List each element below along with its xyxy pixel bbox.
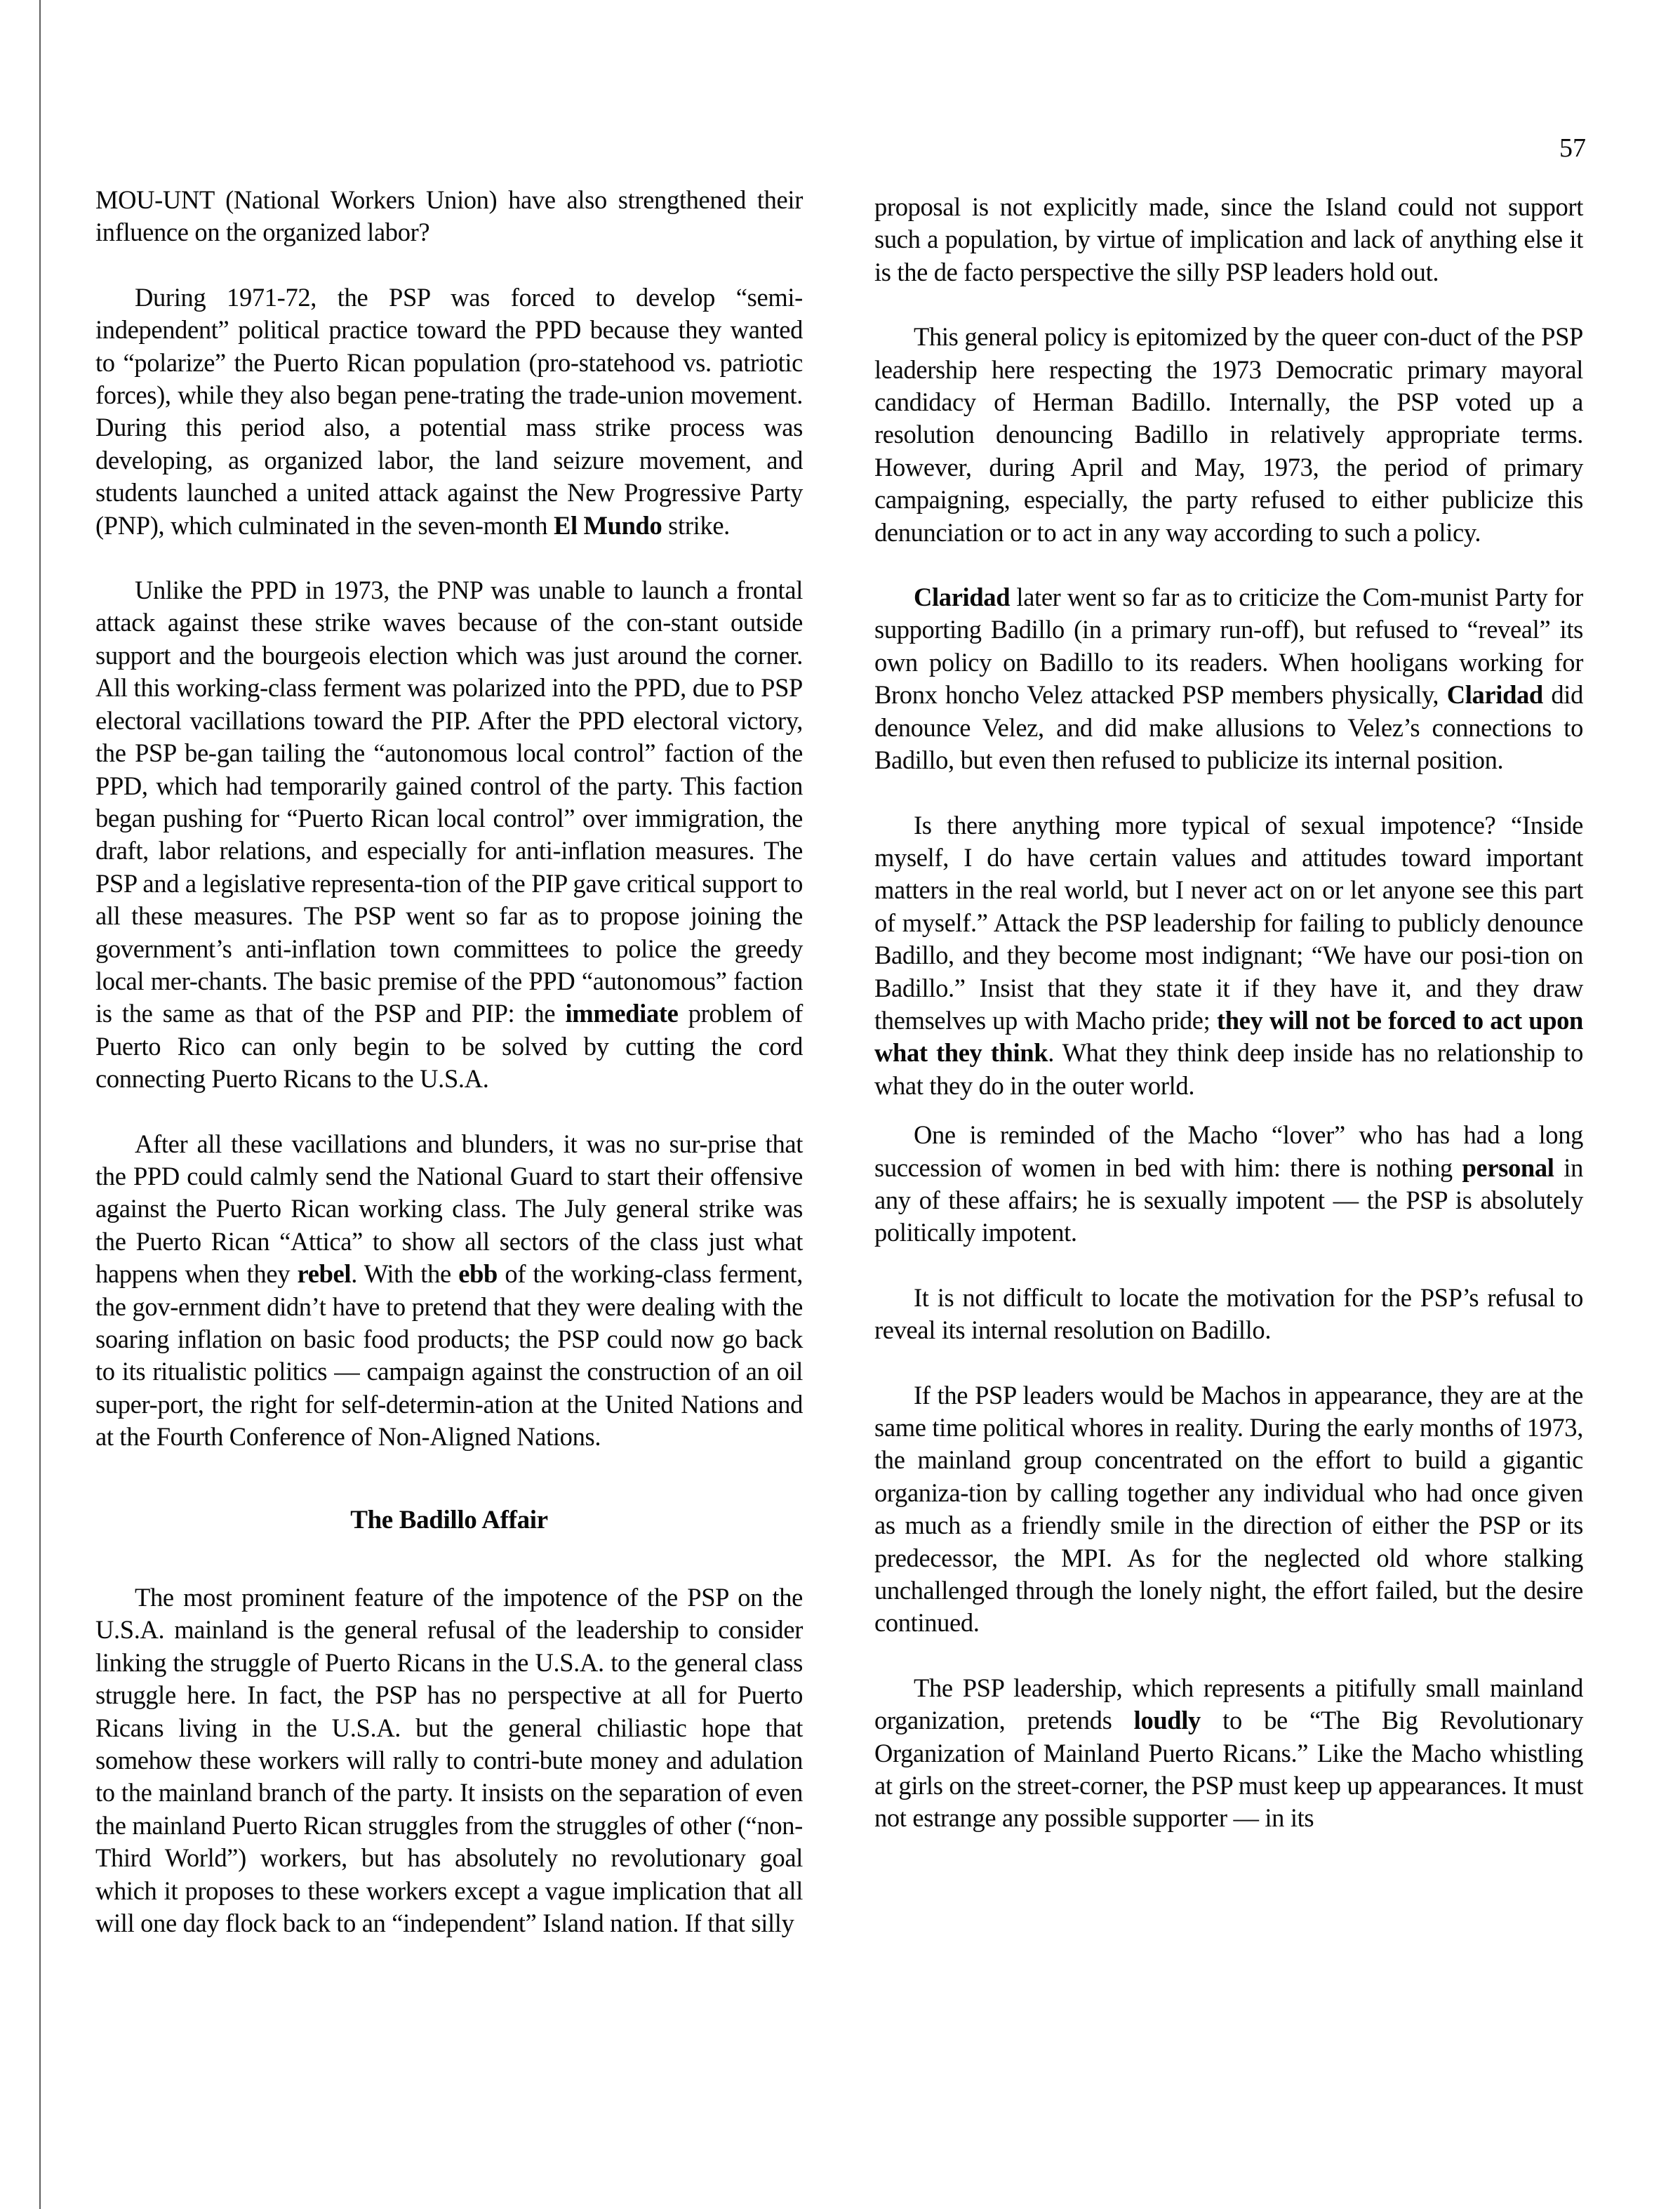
emphasis-claridad: Claridad	[914, 583, 1010, 611]
emphasis-loudly: loudly	[1134, 1706, 1201, 1734]
emphasis-el-mundo: El Mundo	[554, 511, 662, 540]
page-number: 57	[1544, 132, 1586, 164]
page-binding-edge-line	[39, 0, 41, 2209]
paragraph-motivation: It is not difficult to locate the motiva…	[874, 1282, 1583, 1347]
paragraph-1971-72: During 1971-72, the PSP was forced to de…	[95, 281, 803, 542]
right-column: proposal is not explicitly made, since t…	[874, 191, 1583, 1867]
paragraph-continued-proposal: proposal is not explicitly made, since t…	[874, 191, 1583, 288]
emphasis-immediate: immediate	[565, 999, 678, 1028]
section-heading-badillo-affair: The Badillo Affair	[95, 1504, 803, 1537]
paragraph-claridad: Claridad later went so far as to critici…	[874, 581, 1583, 776]
paragraph-macho-lover: One is reminded of the Macho “lover” who…	[874, 1119, 1583, 1249]
emphasis-rebel: rebel	[298, 1259, 352, 1288]
paragraph-psp-leadership: The PSP leadership, which represents a p…	[874, 1672, 1583, 1835]
emphasis-personal: personal	[1462, 1153, 1554, 1182]
emphasis-claridad-2: Claridad	[1447, 680, 1543, 709]
paragraph-after-vacillations: After all these vacillations and blunder…	[95, 1128, 803, 1454]
paragraph-continued-mou-unt: MOU-UNT (National Workers Union) have al…	[95, 184, 803, 249]
left-column: MOU-UNT (National Workers Union) have al…	[95, 184, 803, 1972]
emphasis-ebb: ebb	[458, 1259, 498, 1288]
paragraph-unlike-ppd: Unlike the PPD in 1973, the PNP was unab…	[95, 574, 803, 1096]
paragraph-general-policy: This general policy is epitomized by the…	[874, 321, 1583, 549]
paragraph-sexual-impotence: Is there anything more typical of sexual…	[874, 809, 1583, 1103]
paragraph-most-prominent-feature: The most prominent feature of the impote…	[95, 1581, 803, 1939]
paragraph-political-whores: If the PSP leaders would be Machos in ap…	[874, 1379, 1583, 1640]
